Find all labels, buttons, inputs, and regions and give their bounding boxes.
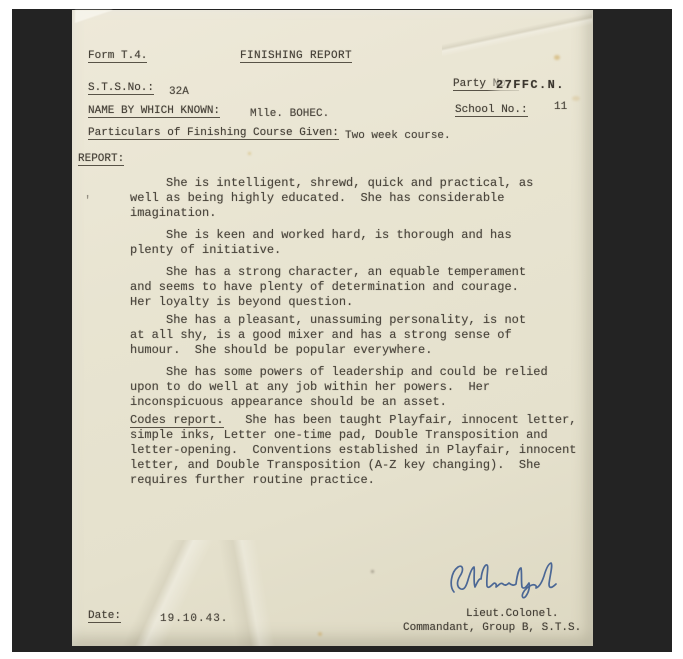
paper-wrinkles — [72, 540, 352, 646]
known-name-label: NAME BY WHICH KNOWN: — [88, 104, 220, 118]
paper-sheet: Form T.4. FINISHING REPORT S.T.S.No.: 32… — [72, 10, 593, 646]
school-number-value: 11 — [554, 100, 567, 114]
sts-number-value: 32A — [169, 85, 189, 99]
report-paragraph-2: She is keen and worked hard, is thorough… — [130, 228, 512, 258]
report-paragraph-5: She has some powers of leadership and co… — [130, 365, 548, 410]
report-title-text: FINISHING REPORT — [240, 50, 352, 63]
date-value: 19.10.43. — [160, 612, 228, 626]
paper-crease — [442, 10, 592, 56]
school-number-label: School No.: — [455, 103, 528, 117]
handwritten-signature — [444, 556, 569, 601]
report-heading: REPORT: — [78, 152, 124, 166]
paper-stain — [248, 152, 251, 155]
report-title: FINISHING REPORT — [240, 49, 352, 63]
sts-number-label: S.T.S.No.: — [88, 81, 154, 95]
signatory-role: Commandant, Group B, S.T.S. — [403, 621, 581, 635]
report-paragraph-3: She has a strong character, an equable t… — [130, 265, 526, 310]
scanner-mat: Form T.4. FINISHING REPORT S.T.S.No.: 32… — [12, 9, 672, 652]
party-number-value: 27FFC.N. — [496, 78, 565, 92]
paper-stain — [572, 96, 580, 101]
signatory-rank: Lieut.Colonel. — [466, 607, 558, 621]
stray-mark: ' — [84, 194, 91, 209]
report-paragraph-4: She has a pleasant, unassuming personali… — [130, 313, 526, 358]
particulars-label: Particulars of Finishing Course Given: — [88, 126, 339, 140]
codes-report-body: She has been taught Playfair, innocent l… — [130, 413, 576, 488]
particulars-value: Two week course. — [345, 129, 451, 143]
date-label: Date: — [88, 609, 121, 623]
form-number-text: Form T.4. — [88, 50, 147, 63]
paper-stain — [371, 570, 374, 573]
known-name-value: Mlle. BOHEC. — [250, 107, 329, 121]
paper-stain — [554, 55, 560, 60]
report-paragraph-1: She is intelligent, shrewd, quick and pr… — [130, 176, 533, 221]
form-number-label: Form T.4. — [88, 49, 147, 63]
corner-fold — [75, 10, 113, 23]
paper-stain — [318, 632, 322, 636]
